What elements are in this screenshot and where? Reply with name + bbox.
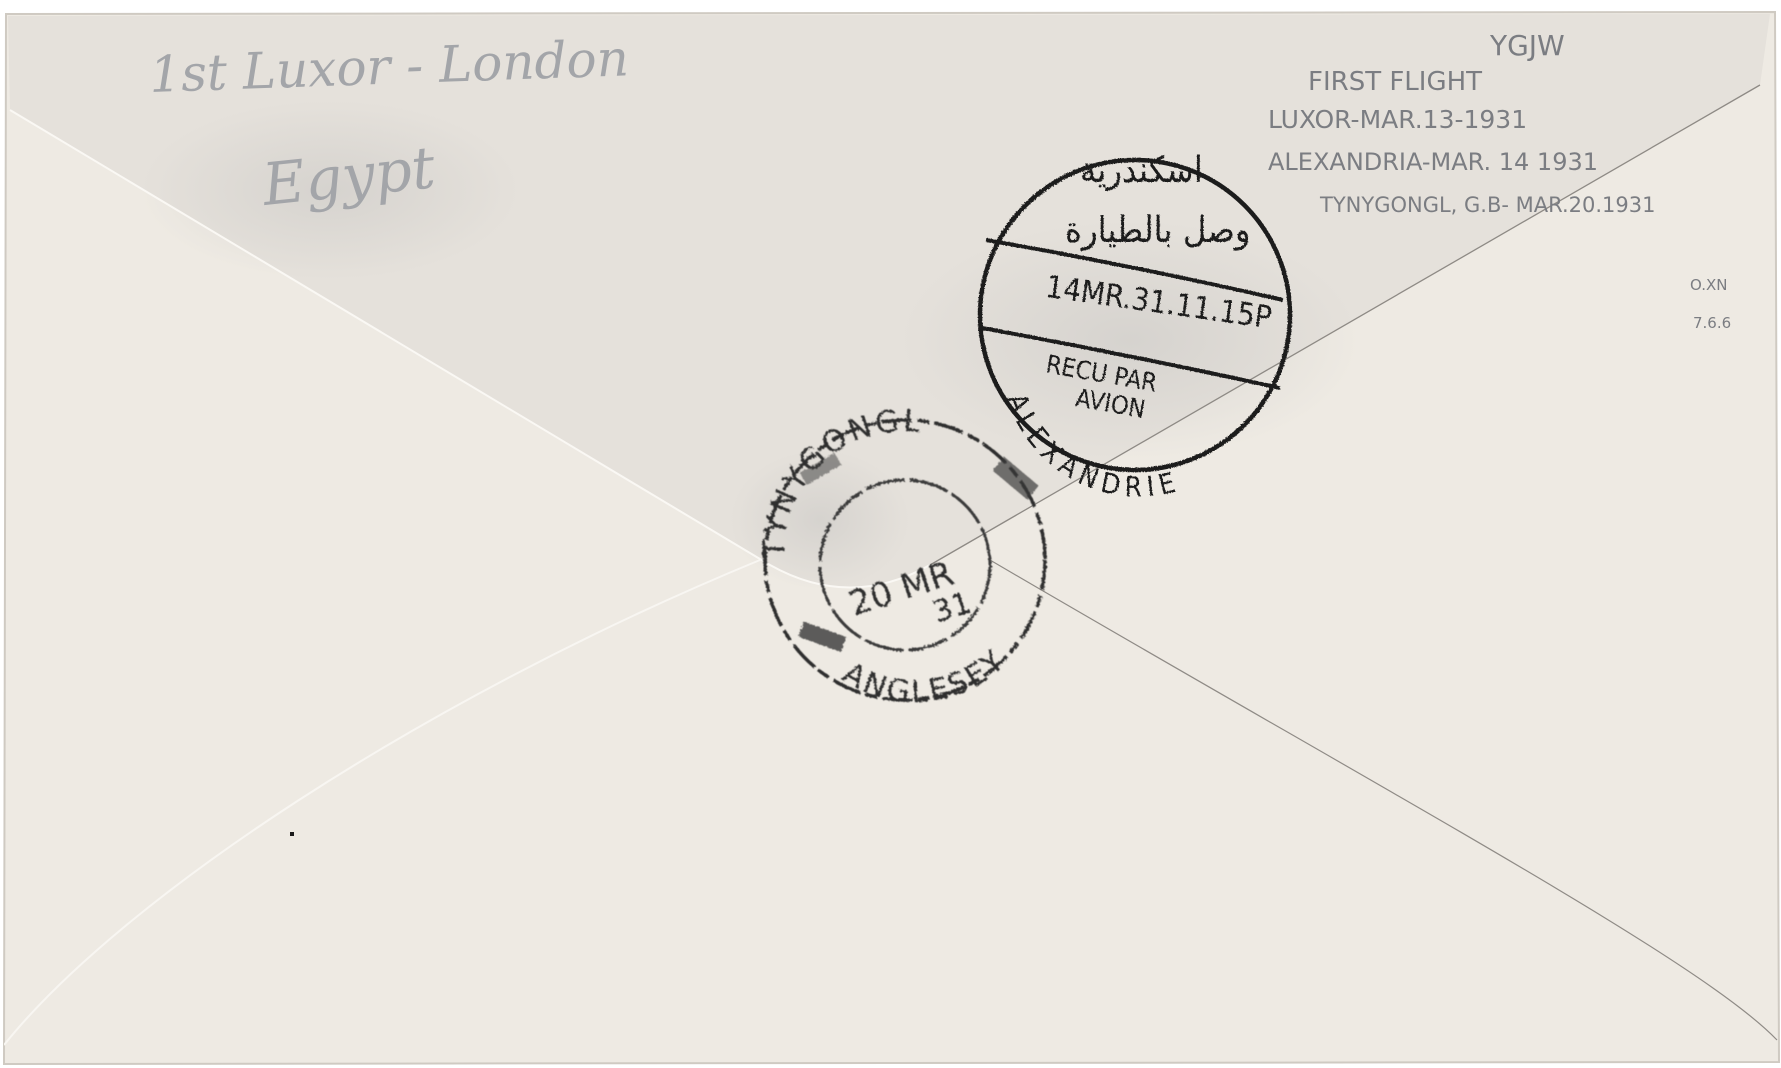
svg-text:TYNYGONGL, G.B- MAR.20.1931: TYNYGONGL, G.B- MAR.20.1931 [1319,193,1655,217]
svg-text:ALEXANDRIA-MAR. 14 1931: ALEXANDRIA-MAR. 14 1931 [1268,148,1598,176]
svg-text:7.6.6: 7.6.6 [1693,314,1731,332]
svg-text:O.XN: O.XN [1690,276,1727,294]
svg-text:YGJW: YGJW [1489,29,1565,62]
ink-speck [290,832,294,836]
svg-text:اسكندرية: اسكندرية [1080,150,1203,191]
envelope-back: 1st Luxor - London Egypt YGJW FIRST FLIG… [0,0,1781,1068]
svg-text:LUXOR-MAR.13-1931: LUXOR-MAR.13-1931 [1268,105,1527,134]
svg-text:FIRST FLIGHT: FIRST FLIGHT [1308,67,1482,97]
svg-text:وصل بالطيارة: وصل بالطيارة [1065,210,1251,251]
